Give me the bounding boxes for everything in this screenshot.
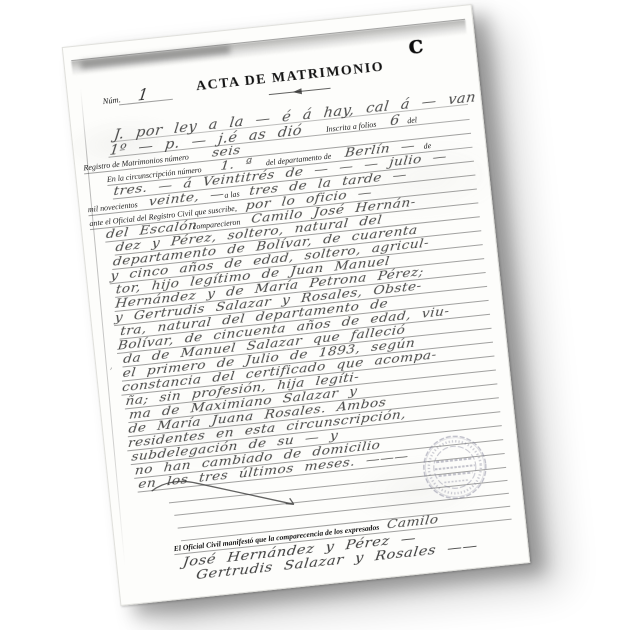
printed-label: de <box>423 141 431 151</box>
document-paper: C Núm. 1 ACTA DE MATRIMONIO J. por ley a… <box>62 4 530 606</box>
notary-seal-stamp <box>415 427 494 508</box>
printed-label: a las <box>224 189 240 200</box>
scanned-document-photo: C Núm. 1 ACTA DE MATRIMONIO J. por ley a… <box>0 0 630 630</box>
